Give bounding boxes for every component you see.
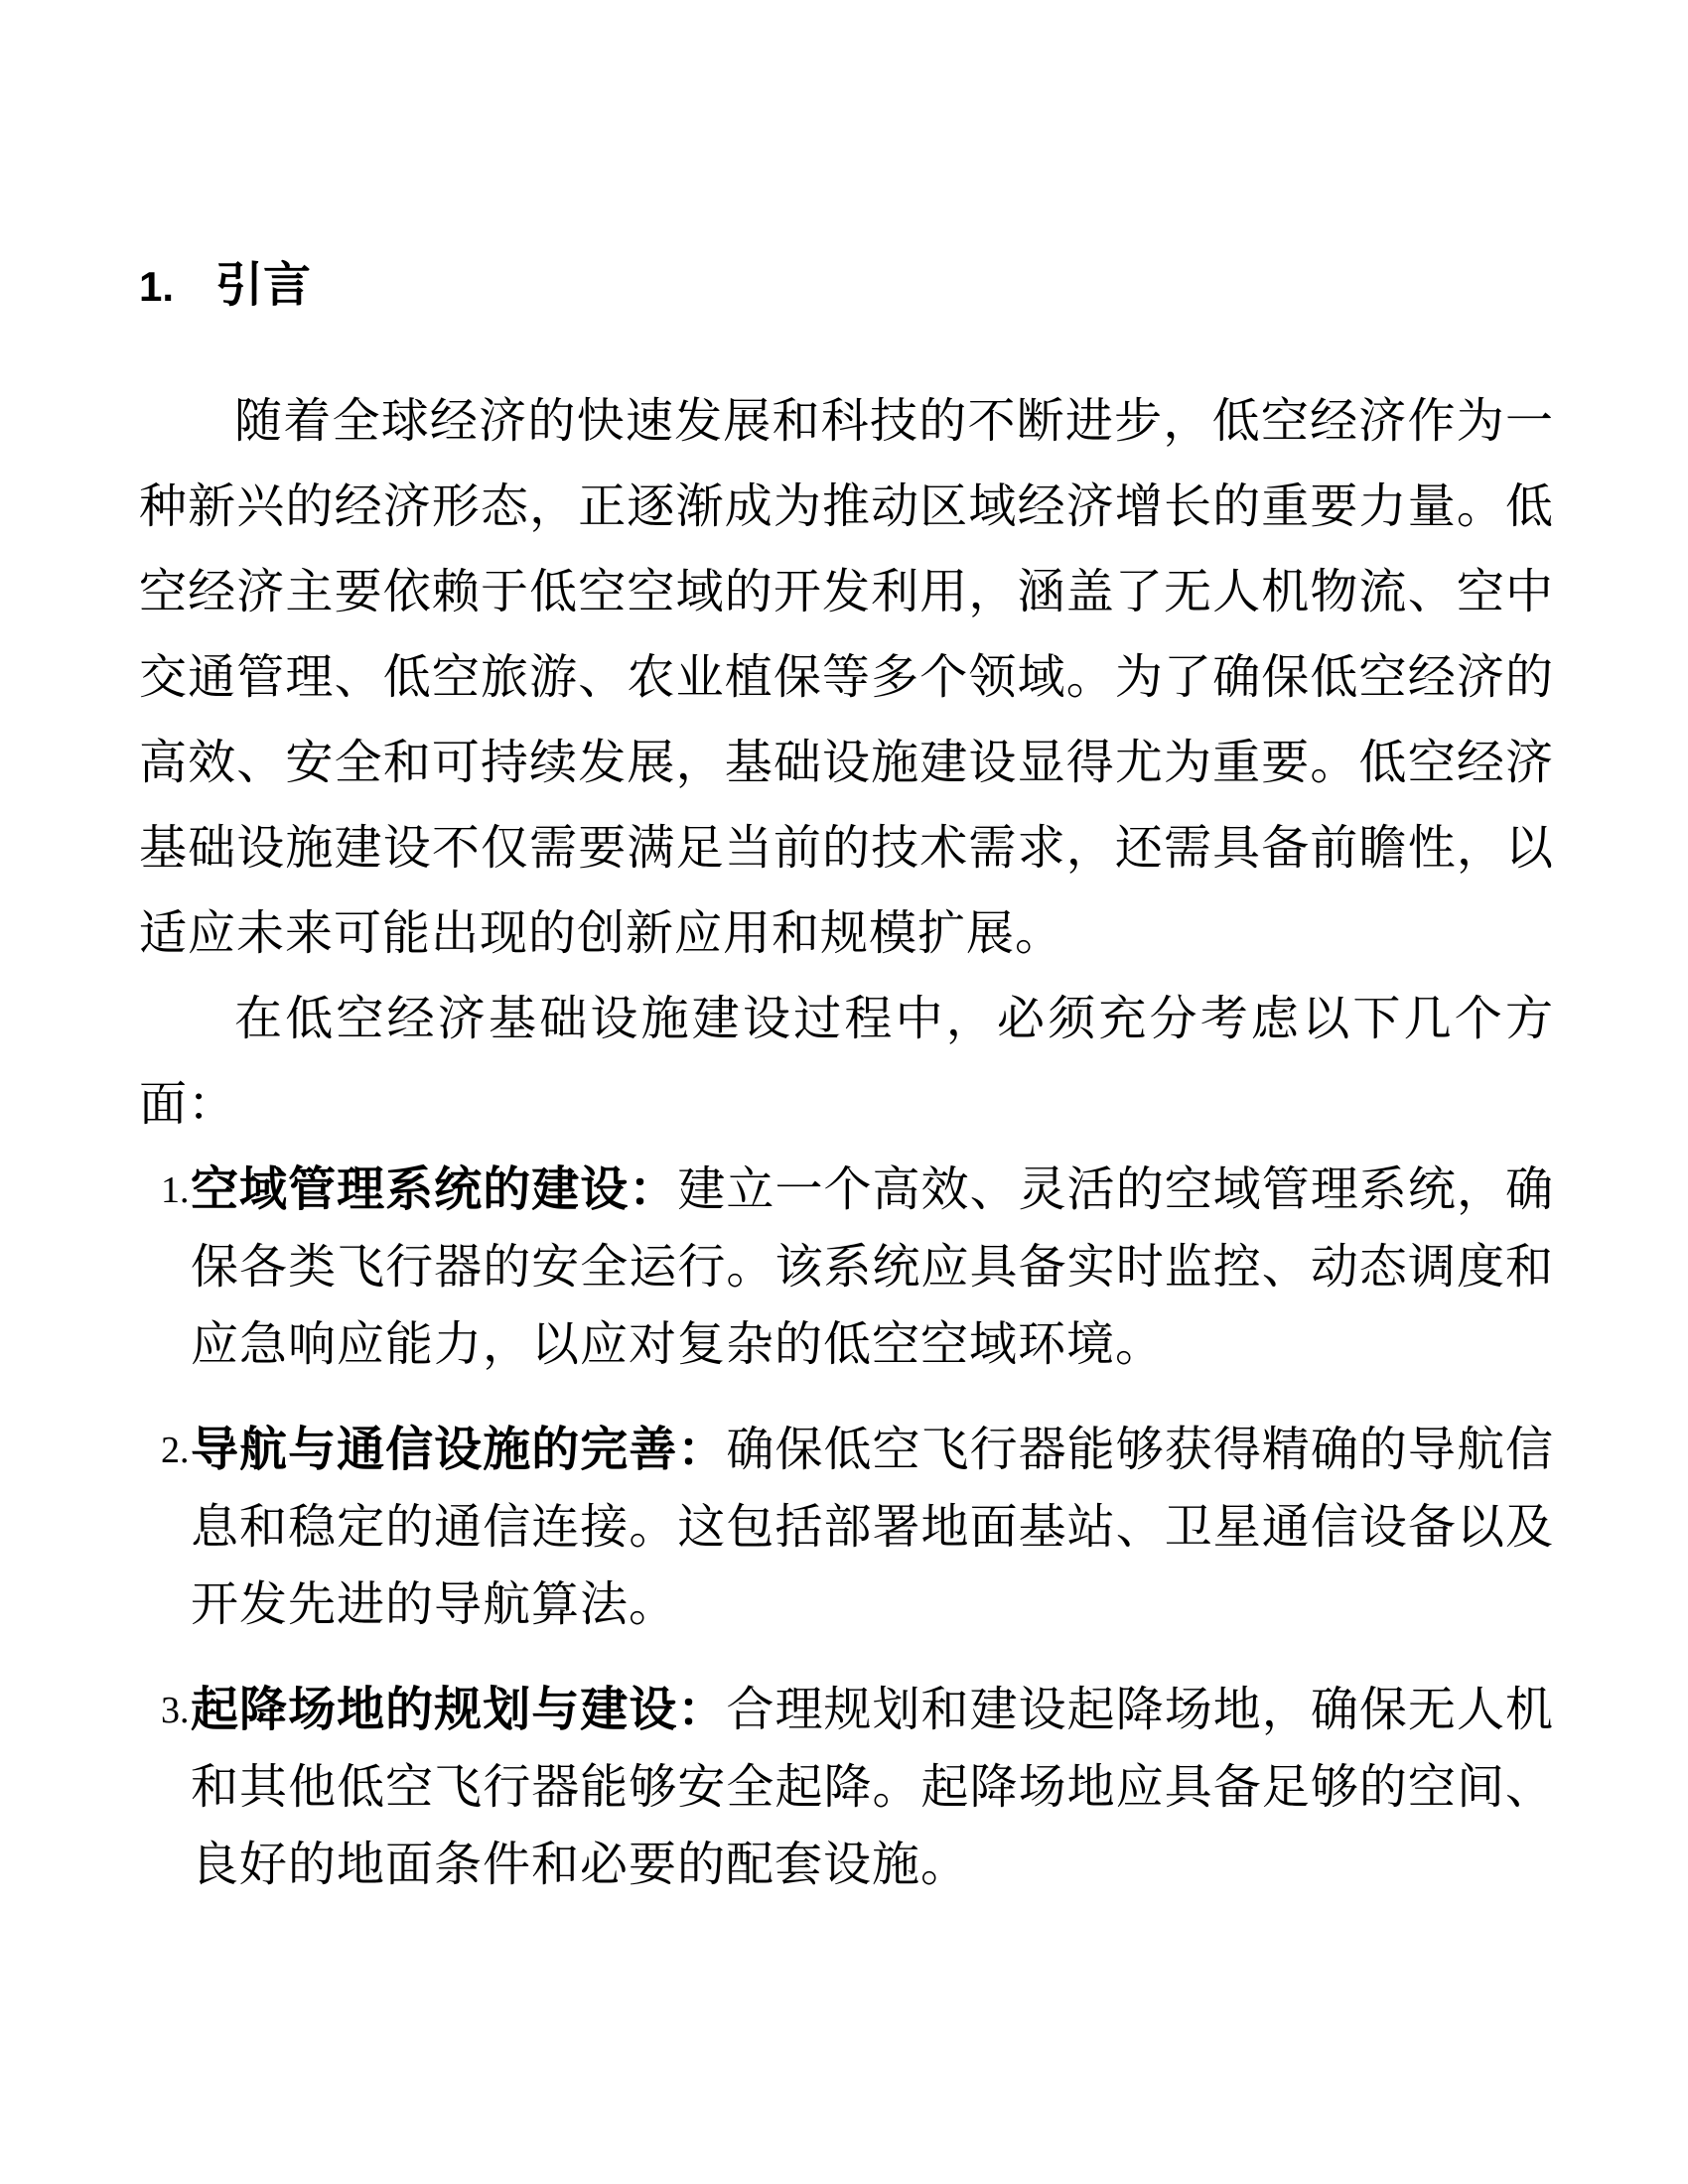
list-item-number: 1. <box>161 1152 190 1229</box>
heading-number: 1. <box>139 262 174 312</box>
list-item-takeoff-landing-sites: 3.起降场地的规划与建设：合理规划和建设起降场地，确保无人机和其他低空飞行器能够… <box>139 1672 1554 1904</box>
list-item-navigation-communication: 2.导航与通信设施的完善：确保低空飞行器能够获得精确的导航信息和稳定的通信连接。… <box>139 1412 1554 1644</box>
list-item-lead: 导航与通信设施的完善： <box>191 1424 726 1476</box>
list-item-lead: 空域管理系统的建设： <box>191 1163 677 1216</box>
paragraph-list-leadin: 在低空经济基础设施建设过程中，必须充分考虑以下几个方面： <box>139 977 1554 1148</box>
section-heading: 1.引言 <box>139 261 1554 312</box>
document-page: 1.引言 随着全球经济的快速发展和科技的不断进步，低空经济作为一种新兴的经济形态… <box>0 0 1688 2184</box>
list-item-lead: 起降场地的规划与建设： <box>191 1684 726 1736</box>
numbered-list: 1.空域管理系统的建设：建立一个高效、灵活的空域管理系统，确保各类飞行器的安全运… <box>139 1152 1554 1904</box>
heading-label: 引言 <box>215 259 311 312</box>
list-item-number: 2. <box>161 1412 190 1489</box>
list-item-airspace-management: 1.空域管理系统的建设：建立一个高效、灵活的空域管理系统，确保各类飞行器的安全运… <box>139 1152 1554 1384</box>
paragraph-intro: 随着全球经济的快速发展和科技的不断进步，低空经济作为一种新兴的经济形态，正逐渐成… <box>139 379 1554 977</box>
list-item-number: 3. <box>161 1672 190 1749</box>
